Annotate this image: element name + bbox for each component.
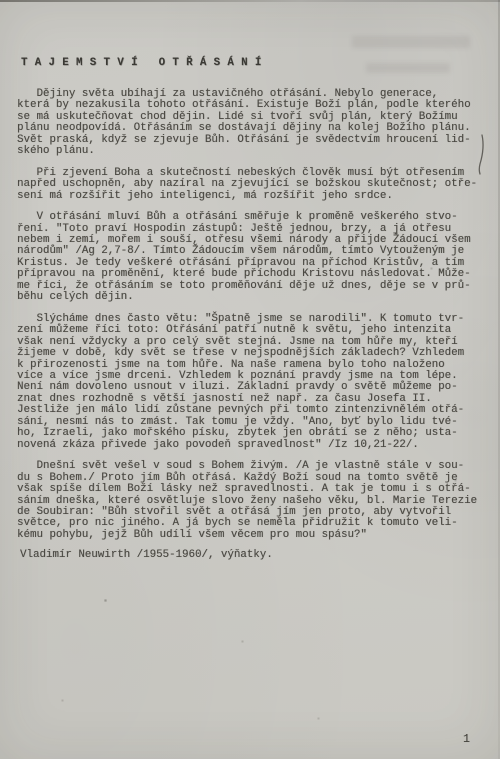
paper-specks [0, 0, 1, 1]
text-line: ského plánu. [17, 146, 490, 157]
text-line: však spíše dílem Boží lásky než spravedl… [17, 484, 490, 495]
text-line: sení má rozšířit jeho inteligenci, má ro… [17, 191, 490, 202]
author-signature-line: Vladimír Neuwirth /1955-1960/, výňatky. [20, 549, 273, 561]
document-body: Dějiny světa ubíhají za ustavičného otřá… [17, 89, 490, 551]
scanned-document-page: T A J E M S T V Í O T Ř Á S Á N Í Dějiny… [0, 0, 500, 759]
text-line: zení můžeme říci toto: Otřásání patří nu… [17, 325, 490, 336]
paragraph: Při zjevení Boha a skutečností nebeských… [17, 168, 490, 202]
margin-pen-mark [474, 134, 490, 176]
text-line: V otřásání mluví Bůh a otřásání směřuje … [17, 212, 490, 223]
text-line: napřed uschopněn, aby nazíral na zjevují… [17, 179, 490, 190]
paragraph: Slýcháme dnes často větu: "Špatně jsme s… [17, 314, 490, 451]
document-title: T A J E M S T V Í O T Ř Á S Á N Í [21, 57, 262, 69]
paragraph: V otřásání mluví Bůh a otřásání směřuje … [17, 212, 490, 304]
paragraph: Dějiny světa ubíhají za ustavičného otřá… [17, 89, 490, 158]
ink-bleedthrough-smudge [352, 36, 470, 48]
paragraph: Dnešní svět vešel v soud s Bohem živým. … [17, 461, 490, 541]
text-line: novená zkáza přivede jako povodeň sprave… [17, 440, 490, 451]
text-line: běhu celých dějin. [17, 292, 490, 303]
text-line: Dnešní svět vešel v soud s Bohem živým. … [17, 461, 490, 472]
page-number: 1 [463, 733, 470, 746]
text-line: ho, Izraeli, jako mořského písku, zbytek… [17, 428, 490, 439]
text-line: kému pohybu, jejž Bůh udílí všem věcem p… [17, 530, 490, 541]
text-line: žijeme v době, kdy svět se třese v nejsp… [17, 348, 490, 359]
ink-bleedthrough-smudge [366, 63, 450, 73]
scan-edge-top [0, 0, 500, 2]
